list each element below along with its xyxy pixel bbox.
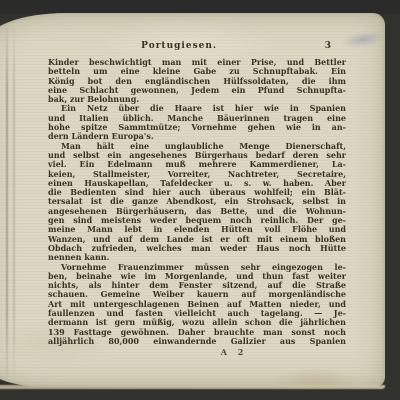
pencil-smudge — [341, 29, 385, 50]
page-bottom-edge — [0, 385, 385, 389]
body-text: Kinder beschwichtigt man mit einer Prise… — [48, 58, 346, 346]
text-line: alljährlich 80,000 einwandernde Galizier… — [48, 337, 346, 346]
running-title: Portugiesen. — [141, 42, 217, 51]
gutter-crease-secondary — [13, 27, 15, 377]
book-page: Portugiesen. 3 Kinder beschwichtigt man … — [0, 13, 385, 387]
signature-mark: A 2 — [48, 348, 346, 357]
text-block: Portugiesen. 3 Kinder beschwichtigt man … — [48, 42, 346, 358]
gutter-crease — [6, 27, 8, 377]
page-number: 3 — [325, 42, 332, 51]
backdrop-top-strip — [0, 0, 400, 14]
page-header: Portugiesen. 3 — [48, 42, 346, 53]
